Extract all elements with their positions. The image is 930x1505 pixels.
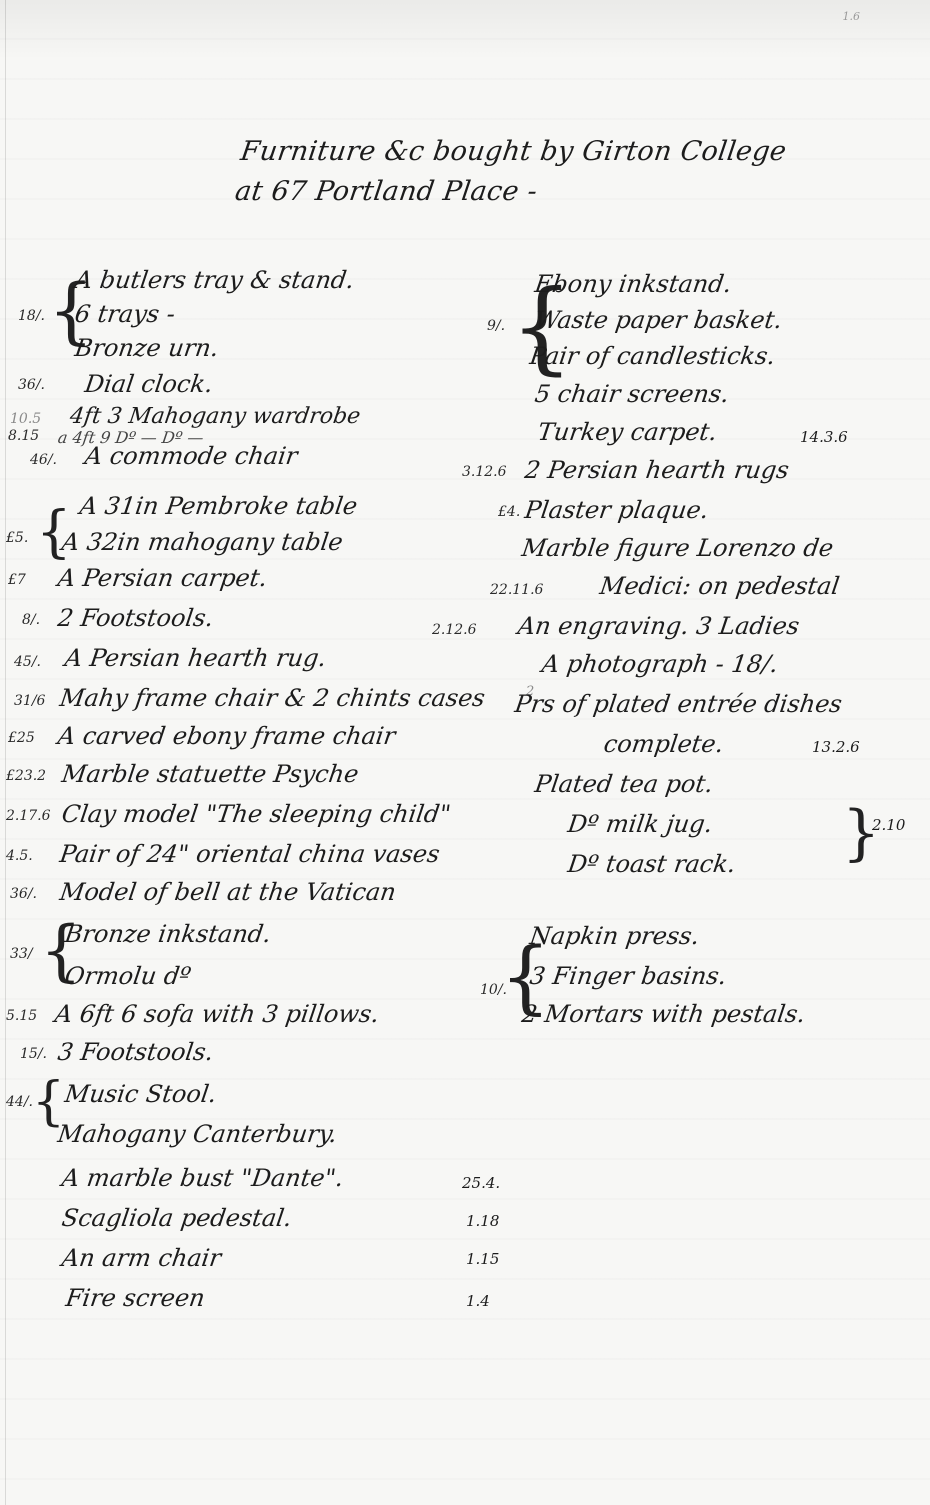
list-item: A 31in Pembroke table <box>78 492 359 520</box>
list-item: Bronze inkstand. <box>63 920 273 948</box>
price: 31/6 <box>14 693 45 709</box>
price: 15/. <box>20 1046 47 1062</box>
list-item: 2 Footstools. <box>56 604 215 632</box>
amount: 1.4 <box>466 1292 490 1310</box>
list-item: Mahogany Canterbury. <box>56 1120 339 1148</box>
list-item: Napkin press. <box>528 922 701 950</box>
amount: 2.10 <box>872 816 905 834</box>
list-item: Plaster plaque. <box>523 496 710 524</box>
list-item: 2 Mortars with pestals. <box>520 1000 807 1028</box>
list-item: A carved ebony frame chair <box>56 722 397 750</box>
manuscript-page <box>0 0 930 1505</box>
price: 22.11.6 <box>490 582 543 598</box>
list-item: A commode chair <box>83 442 299 470</box>
list-item: Turkey carpet. <box>536 418 719 446</box>
amount: 1.18 <box>466 1212 499 1230</box>
list-item: Pair of candlesticks. <box>528 342 777 370</box>
list-item: A marble bust "Dante". <box>60 1164 345 1192</box>
list-item: Dº milk jug. <box>566 810 714 838</box>
list-item: Waste paper basket. <box>533 306 784 334</box>
list-item: Dial clock. <box>83 370 215 398</box>
price: 5.15 <box>6 1008 37 1024</box>
list-item: Music Stool. <box>63 1080 218 1108</box>
price: £5. <box>6 530 28 546</box>
price: 44/. <box>6 1094 33 1110</box>
list-item: 3 Footstools. <box>56 1038 215 1066</box>
price: 45/. <box>14 654 41 670</box>
folio-number: 1.6 <box>843 10 861 23</box>
list-item: Scagliola pedestal. <box>60 1204 294 1232</box>
list-item: An engraving. 3 Ladies <box>516 612 801 640</box>
list-item: Fire screen <box>64 1284 207 1312</box>
document-title: Furniture &c bought by Girton College at… <box>232 132 789 212</box>
price: 18/. <box>18 308 45 324</box>
price: 46/. <box>30 452 57 468</box>
list-item: A 32in mahogany table <box>60 528 345 556</box>
list-item: 6 trays - <box>73 300 177 328</box>
price: 8.15 <box>8 428 39 444</box>
price: £7 <box>8 572 26 588</box>
price: 33/ <box>10 946 33 962</box>
list-item: Marble statuette Psyche <box>60 760 360 788</box>
title-line-2: at 67 Portland Place - <box>232 172 783 212</box>
list-item: An arm chair <box>60 1244 223 1272</box>
list-item: Ormolu dº <box>63 962 193 990</box>
list-item: Clay model "The sleeping child" <box>60 800 452 828</box>
list-item: Dº toast rack. <box>566 850 737 878</box>
list-item: A 6ft 6 sofa with 3 pillows. <box>53 1000 381 1028</box>
amount: 25.4. <box>462 1174 500 1192</box>
amount: 14.3.6 <box>800 428 848 446</box>
list-item: 5 chair screens. <box>533 380 731 408</box>
list-item: Prs of plated entrée dishes <box>513 690 844 718</box>
list-item: 3 Finger basins. <box>528 962 728 990</box>
price: 2.12.6 <box>432 622 477 638</box>
price: 36/. <box>18 377 45 393</box>
price: £4. <box>498 504 520 520</box>
list-item: Medici: on pedestal <box>598 572 841 600</box>
list-item: 2 Persian hearth rugs <box>523 456 791 484</box>
list-item: A Persian hearth rug. <box>63 644 328 672</box>
list-item: complete. <box>602 730 725 758</box>
price: £25 <box>8 730 35 746</box>
price: 4.5. <box>6 848 33 864</box>
price: 36/. <box>10 886 37 902</box>
list-item: A butlers tray & stand. <box>73 266 356 294</box>
list-item: Plated tea pot. <box>533 770 715 798</box>
price: 3.12.6 <box>462 464 507 480</box>
list-item: Bronze urn. <box>73 334 220 362</box>
amount: 1.15 <box>466 1250 499 1268</box>
list-item: Marble figure Lorenzo de <box>520 534 835 562</box>
title-line-1: Furniture &c bought by Girton College <box>238 132 789 172</box>
page-edge <box>5 0 6 1505</box>
price: 10.5 <box>10 411 41 427</box>
price: 9/. <box>487 318 505 334</box>
list-item: 4ft 3 Mahogany wardrobe <box>68 404 362 429</box>
list-item: A Persian carpet. <box>56 564 269 592</box>
list-item: Mahy frame chair & 2 chints cases <box>58 684 487 712</box>
amount: 13.2.6 <box>812 738 860 756</box>
price: 2.17.6 <box>6 808 51 824</box>
list-item: A photograph - 18/. <box>540 650 780 678</box>
list-item: Model of bell at the Vatican <box>58 878 398 906</box>
price: 8/. <box>22 612 40 628</box>
list-item: Pair of 24" oriental china vases <box>58 840 441 868</box>
price: £23.2 <box>6 768 46 784</box>
list-item: Ebony inkstand. <box>533 270 733 298</box>
